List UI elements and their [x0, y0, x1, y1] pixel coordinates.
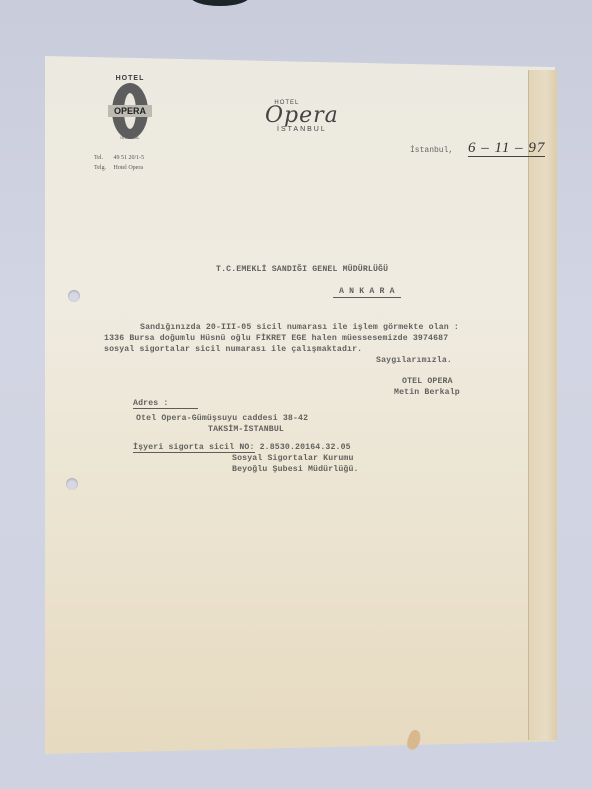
- hotel-logo: HOTEL OPERA İSTANBUL: [100, 75, 160, 140]
- body-line3: sosyal sigortalar sicil numarası ile çal…: [104, 345, 362, 354]
- body-line2: 1336 Bursa doğumlu Hüsnü oğlu FİKRET EGE…: [104, 334, 448, 343]
- punch-hole: [66, 478, 78, 490]
- closing: Saygılarımızla.: [376, 356, 452, 365]
- paper-fold-edge: [528, 70, 557, 740]
- brand-name: Opera: [265, 106, 339, 126]
- signature-org: OTEL OPERA: [402, 377, 453, 386]
- recipient-line1: T.C.EMEKLİ SANDIĞI GENEL MÜDÜRLÜĞÜ: [216, 265, 388, 274]
- date-line: İstanbul, 6 – 11 – 97: [410, 140, 545, 157]
- contact-info: Tel. 49 51 20/1-5 Telg. Hotel Opera: [94, 153, 144, 173]
- signature-name: Metin Berkalp: [394, 388, 460, 397]
- insurance-line2: Sosyal Sigortalar Kurumu: [232, 454, 354, 463]
- address-label: Adres :: [133, 399, 198, 409]
- brand-wordmark: HOTEL Opera İSTANBUL: [265, 100, 339, 133]
- tel-label: Tel.: [94, 153, 112, 163]
- tel-value: 49 51 20/1-5: [114, 155, 145, 161]
- insurance-line3: Beyoğlu Şubesi Müdürlüğü.: [232, 465, 359, 474]
- date-value: 6 – 11 – 97: [468, 140, 545, 157]
- logo-name: OPERA: [108, 105, 152, 117]
- telg-value: Hotel Opera: [114, 165, 144, 171]
- punch-hole: [68, 290, 80, 302]
- insurance-number: 2.8530.20164.32.05: [260, 443, 351, 452]
- recipient-city: A N K A R A: [333, 287, 401, 298]
- telg-label: Telg.: [94, 163, 112, 173]
- background-object: [190, 0, 250, 6]
- address-line2: TAKSİM-İSTANBUL: [208, 425, 284, 434]
- insurance-label: İşyeri sigorta sicil NO:: [133, 443, 255, 453]
- date-label: İstanbul,: [410, 146, 453, 155]
- address-line1: Otel Opera-Gümüşsuyu caddesi 38-42: [136, 414, 308, 423]
- insurance-line: İşyeri sigorta sicil NO: 2.8530.20164.32…: [133, 443, 351, 452]
- logo-emblem: OPERA: [112, 83, 148, 139]
- logo-top-text: HOTEL: [100, 75, 160, 82]
- body-line1: Sandığınızda 20-III-05 sicil numarası il…: [140, 323, 459, 332]
